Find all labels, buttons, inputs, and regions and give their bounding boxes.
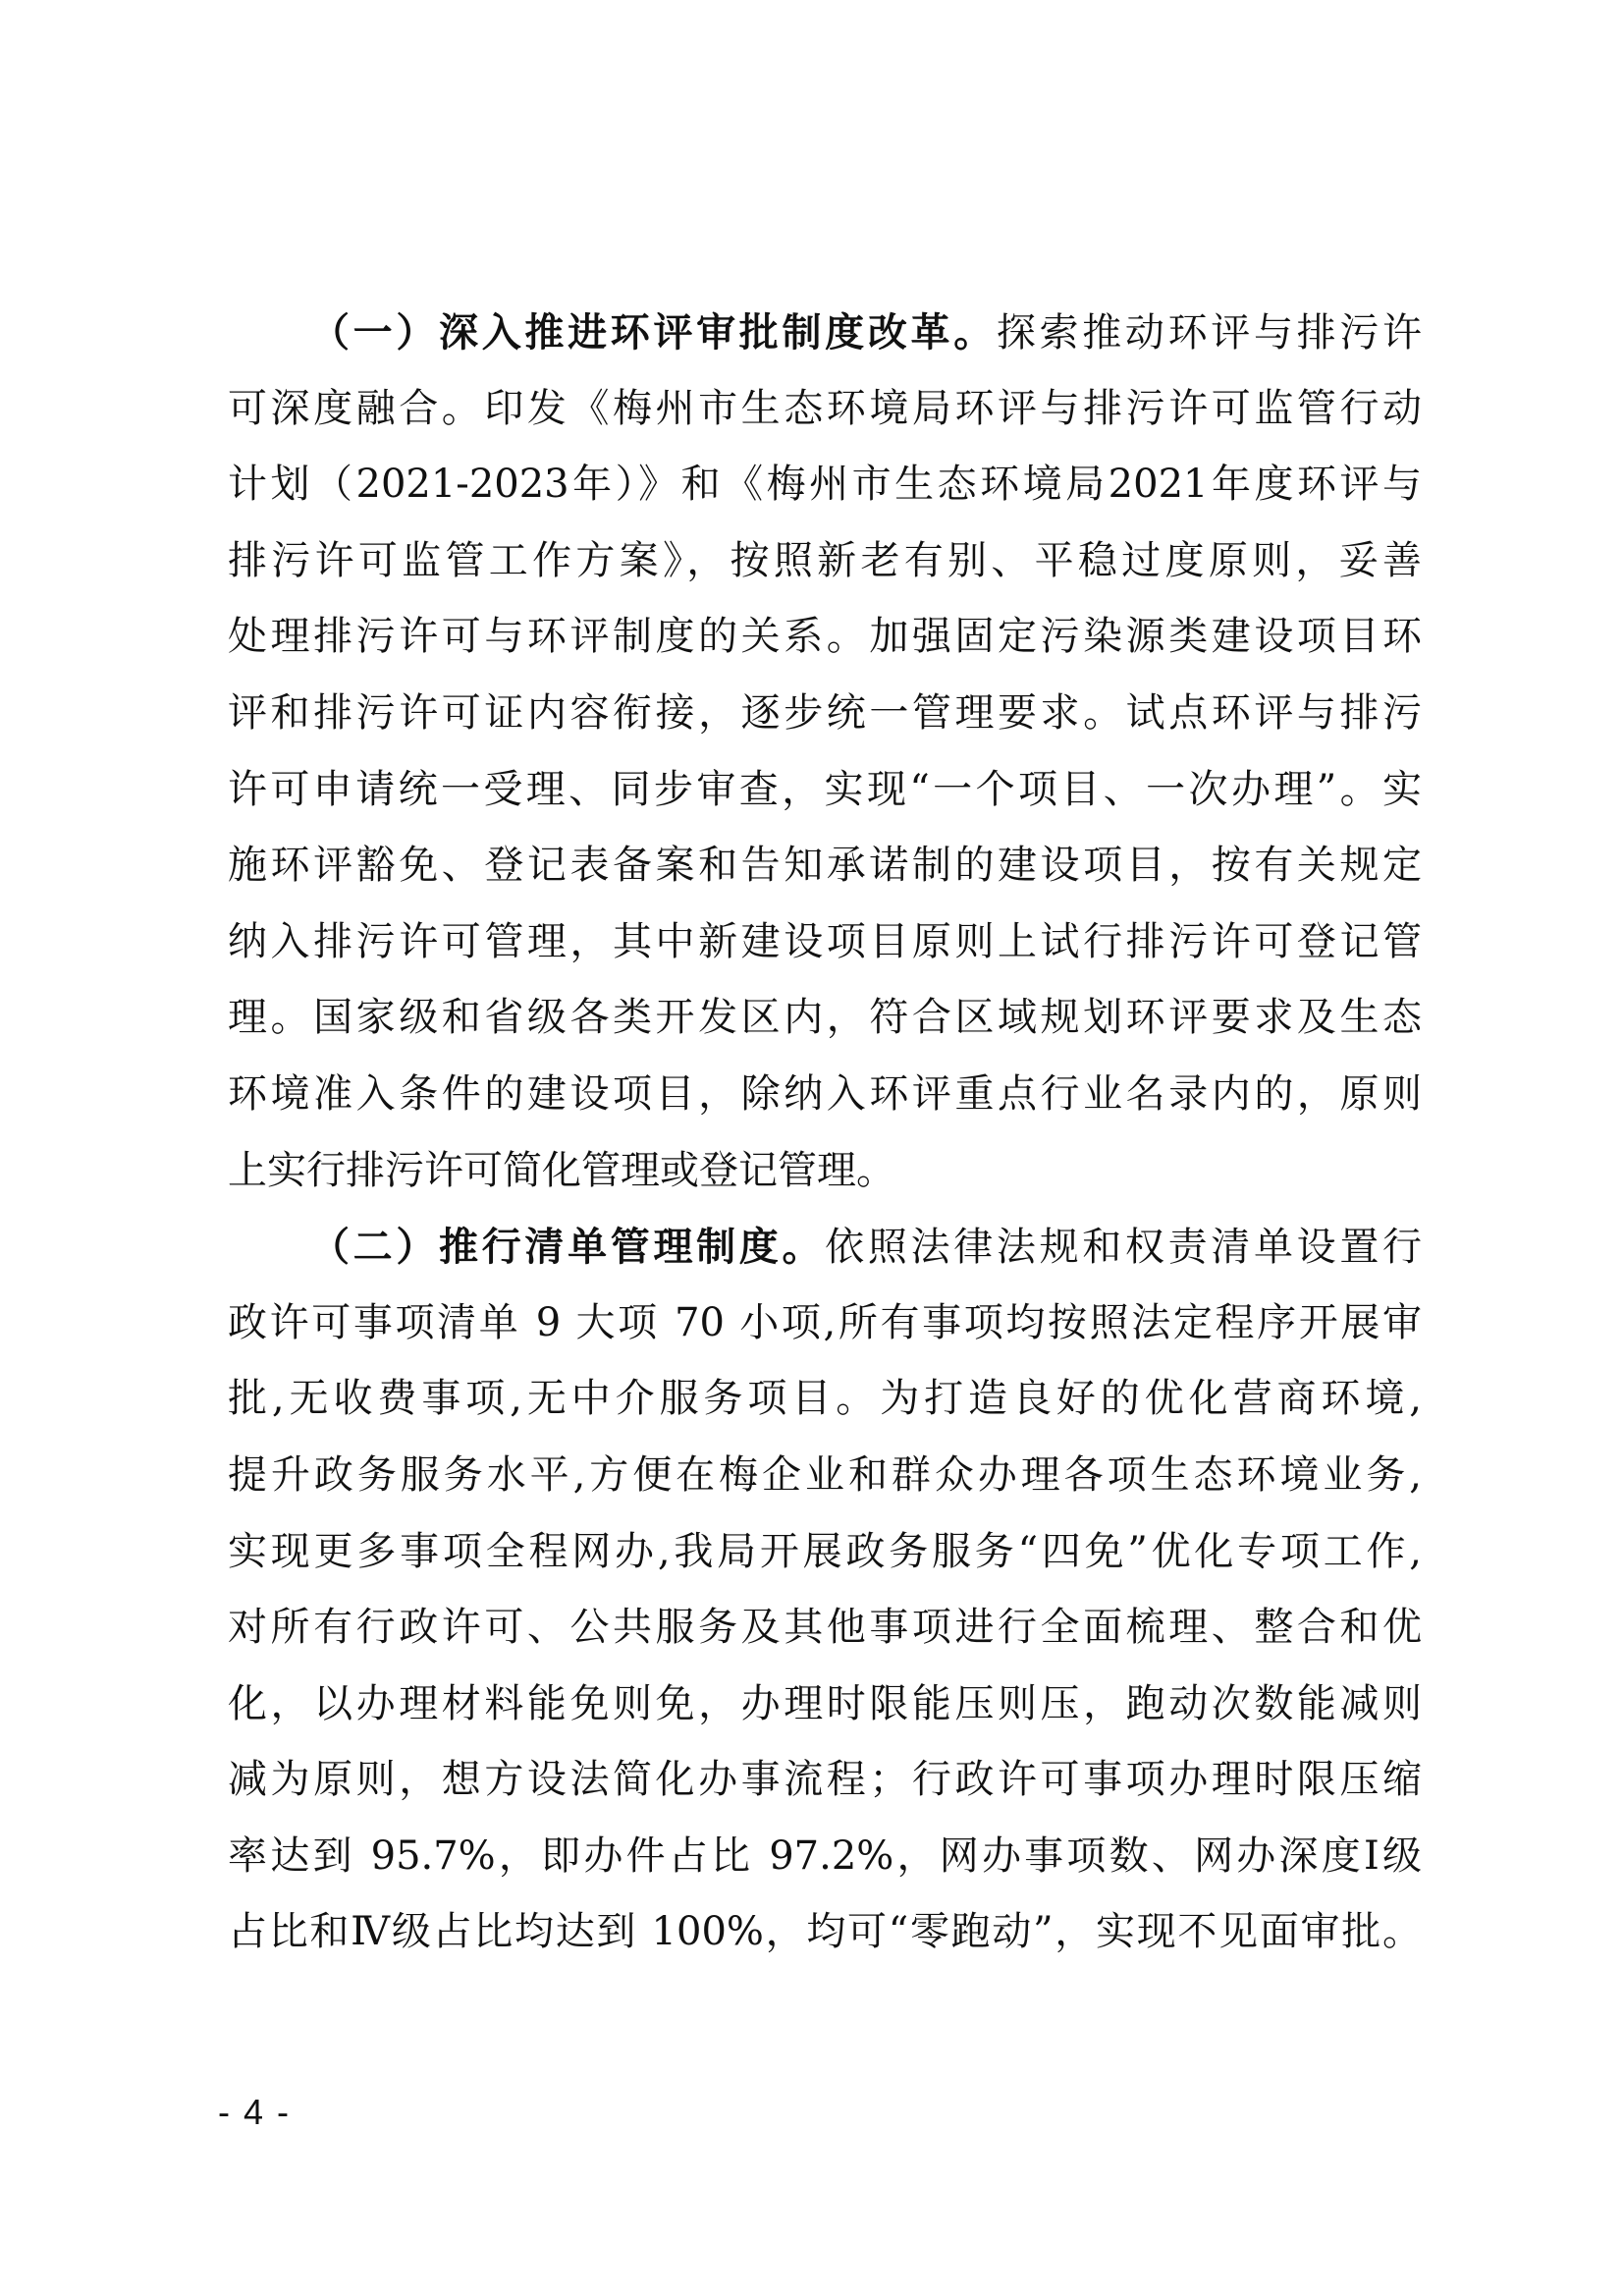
- paragraph-line: （一）深入推进环评审批制度改革。探索推动环评与排污许: [228, 295, 1422, 371]
- paragraph-line: 纳入排污许可管理，其中新建设项目原则上试行排污许可登记管: [228, 904, 1422, 981]
- paragraph-line: 处理排污许可与环评制度的关系。加强固定污染源类建设项目环: [228, 599, 1422, 676]
- paragraph-line: 化，以办理材料能免则免，办理时限能压则压，跑动次数能减则: [228, 1667, 1422, 1743]
- paragraph-line: （二）推行清单管理制度。依照法律法规和权责清单设置行: [228, 1209, 1422, 1285]
- paragraph-line: 对所有行政许可、公共服务及其他事项进行全面梳理、整合和优: [228, 1590, 1422, 1667]
- paragraph-line: 评和排污许可证内容衔接，逐步统一管理要求。试点环评与排污: [228, 676, 1422, 752]
- paragraph-line: 占比和Ⅳ级占比均达到 100%，均可“零跑动”，实现不见面审批。: [228, 1894, 1422, 1971]
- section-heading-2: （二）推行清单管理制度。: [310, 1224, 825, 1270]
- paragraph-line: 排污许可监管工作方案》，按照新老有别、平稳过度原则，妥善: [228, 523, 1422, 600]
- paragraph-line: 率达到 95.7%，即办件占比 97.2%，网办事项数、网办深度Ⅰ级: [228, 1819, 1422, 1895]
- document-page: （一）深入推进环评审批制度改革。探索推动环评与排污许 可深度融合。印发《梅州市生…: [0, 0, 1623, 2296]
- paragraph-line: 施环评豁免、登记表备案和告知承诺制的建设项目，按有关规定: [228, 828, 1422, 904]
- paragraph-line: 政许可事项清单 9 大项 70 小项,所有事项均按照法定程序开展审: [228, 1285, 1422, 1362]
- page-number: - 4 -: [218, 2092, 291, 2133]
- line-text: 依照法律法规和权责清单设置行: [825, 1225, 1422, 1270]
- paragraph-line: 理。国家级和省级各类开发区内，符合区域规划环评要求及生态: [228, 980, 1422, 1057]
- paragraph-line: 实现更多事项全程网办,我局开展政务服务“四免”优化专项工作,: [228, 1514, 1422, 1591]
- paragraph-line: 可深度融合。印发《梅州市生态环境局环评与排污许可监管行动: [228, 371, 1422, 448]
- paragraph-line: 环境准入条件的建设项目，除纳入环评重点行业名录内的，原则: [228, 1057, 1422, 1133]
- paragraph-line: 减为原则，想方设法简化办事流程；行政许可事项办理时限压缩: [228, 1742, 1422, 1819]
- section-heading-1: （一）深入推进环评审批制度改革。: [310, 309, 997, 355]
- document-body: （一）深入推进环评审批制度改革。探索推动环评与排污许 可深度融合。印发《梅州市生…: [228, 295, 1422, 1971]
- paragraph-line: 上实行排污许可简化管理或登记管理。: [228, 1133, 1422, 1210]
- paragraph-line: 批,无收费事项,无中介服务项目。为打造良好的优化营商环境,: [228, 1361, 1422, 1438]
- paragraph-line: 许可申请统一受理、同步审查，实现“一个项目、一次办理”。实: [228, 752, 1422, 829]
- paragraph-line: 提升政务服务水平,方便在梅企业和群众办理各项生态环境业务,: [228, 1438, 1422, 1514]
- line-text: 探索推动环评与排污许: [997, 310, 1422, 355]
- paragraph-line: 计划（2021-2023年）》和《梅州市生态环境局2021年度环评与: [228, 447, 1422, 523]
